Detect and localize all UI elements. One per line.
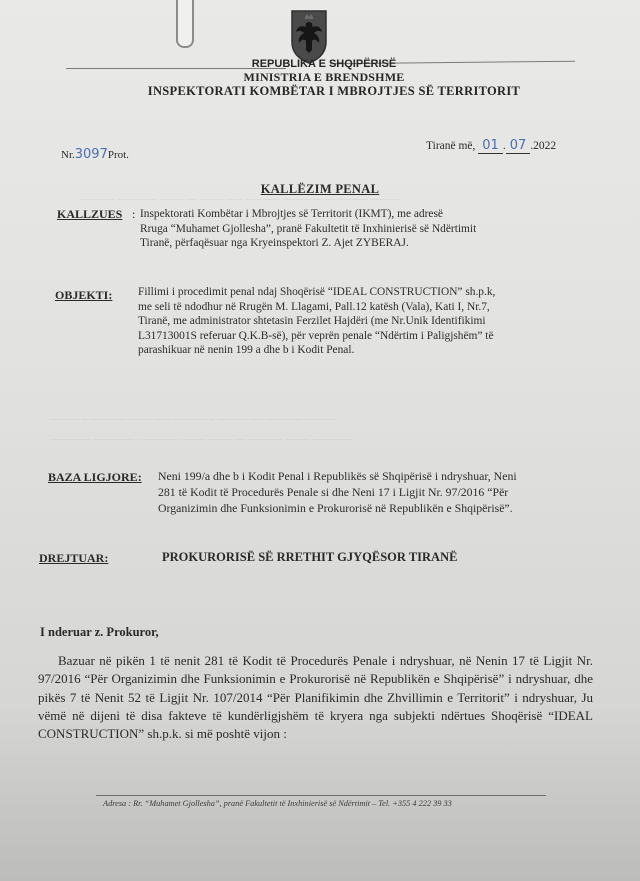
- protocol-value: 3097: [75, 147, 108, 162]
- document-date: Tiranë më, 01.07.2022: [426, 138, 556, 153]
- objekti-label: OBJEKTI:: [55, 288, 112, 303]
- date-day: 01: [478, 138, 503, 154]
- footer-address: Adresa : Rr. “Muhamet Gjollesha”, pranë …: [103, 799, 452, 808]
- drejtuar-label: DREJTUAR:: [39, 551, 108, 566]
- baza-ligjore-line: 281 të Kodit të Procedurës Penale si dhe…: [158, 484, 618, 500]
- kallzues-line: Rruga “Muhamet Gjollesha”, pranë Fakulte…: [140, 222, 570, 237]
- objekti-line: Tiranë, me administrator shtetasin Ferzi…: [138, 314, 588, 329]
- protocol-number: Nr.3097Prot.: [61, 147, 129, 162]
- kallzues-text: Inspektorati Kombëtar i Mbrojtjes së Ter…: [140, 207, 570, 251]
- kallzues-label: KALLZUES: [57, 207, 122, 222]
- document-page: REPUBLIKA E SHQIPËRISË MINISTRIA E BREND…: [0, 0, 640, 881]
- kallzues-line: Inspektorati Kombëtar i Mbrojtjes së Ter…: [140, 207, 570, 222]
- footer-rule: [96, 795, 546, 796]
- protocol-suffix: Prot.: [108, 149, 129, 161]
- kallzues-colon: :: [132, 207, 135, 222]
- baza-ligjore-line: Organizimin dhe Funksionimin e Prokurori…: [158, 500, 618, 516]
- protocol-prefix: Nr.: [61, 149, 75, 161]
- salutation: I nderuar z. Prokuror,: [40, 625, 159, 640]
- date-prefix: Tiranë më,: [426, 140, 475, 152]
- letterhead-country: REPUBLIKA E SHQIPËRISË: [4, 58, 640, 70]
- body-paragraph: Bazuar në pikën 1 të nenit 281 të Kodit …: [38, 652, 593, 743]
- objekti-line: Fillimi i procedimit penal ndaj Shoqëris…: [138, 285, 588, 300]
- letterhead-inspectorate: INSPEKTORATI KOMBËTAR I MBROJTJES SË TER…: [14, 84, 640, 99]
- date-year: .2022: [530, 140, 556, 152]
- baza-ligjore-label: BAZA LIGJORE:: [48, 470, 142, 485]
- bleed-through-text: ________ ________ _ _______ _____ _____ …: [50, 430, 353, 441]
- drejtuar-recipient: PROKURORISË SË RRETHIT GJYQËSOR TIRANË: [162, 550, 457, 565]
- objekti-text: Fillimi i procedimit penal ndaj Shoqëris…: [138, 285, 588, 358]
- objekti-line: me seli të ndodhur në Rrugën M. Llagami,…: [138, 300, 588, 315]
- bleed-through-text: ______ _ _______ _____ ___ _______ _ ___…: [50, 410, 335, 421]
- letterhead-ministry: MINISTRIA E BRENDSHME: [4, 70, 640, 85]
- objekti-line: L31713001S referuar Q.K.B-së), për veprë…: [138, 329, 588, 344]
- date-month: 07: [506, 138, 531, 154]
- objekti-line: parashikuar në nenin 199 a dhe b i Kodit…: [138, 343, 588, 358]
- kallzues-line: Tiranë, përfaqësuar nga Kryeinspektori Z…: [140, 236, 570, 251]
- paper-clip: [176, 0, 194, 48]
- baza-ligjore-line: Neni 199/a dhe b i Kodit Penal i Republi…: [158, 468, 618, 484]
- document-title: KALLËZIM PENAL: [0, 182, 640, 197]
- albanian-coat-of-arms-icon: [289, 8, 329, 64]
- baza-ligjore-text: Neni 199/a dhe b i Kodit Penal i Republi…: [158, 468, 618, 516]
